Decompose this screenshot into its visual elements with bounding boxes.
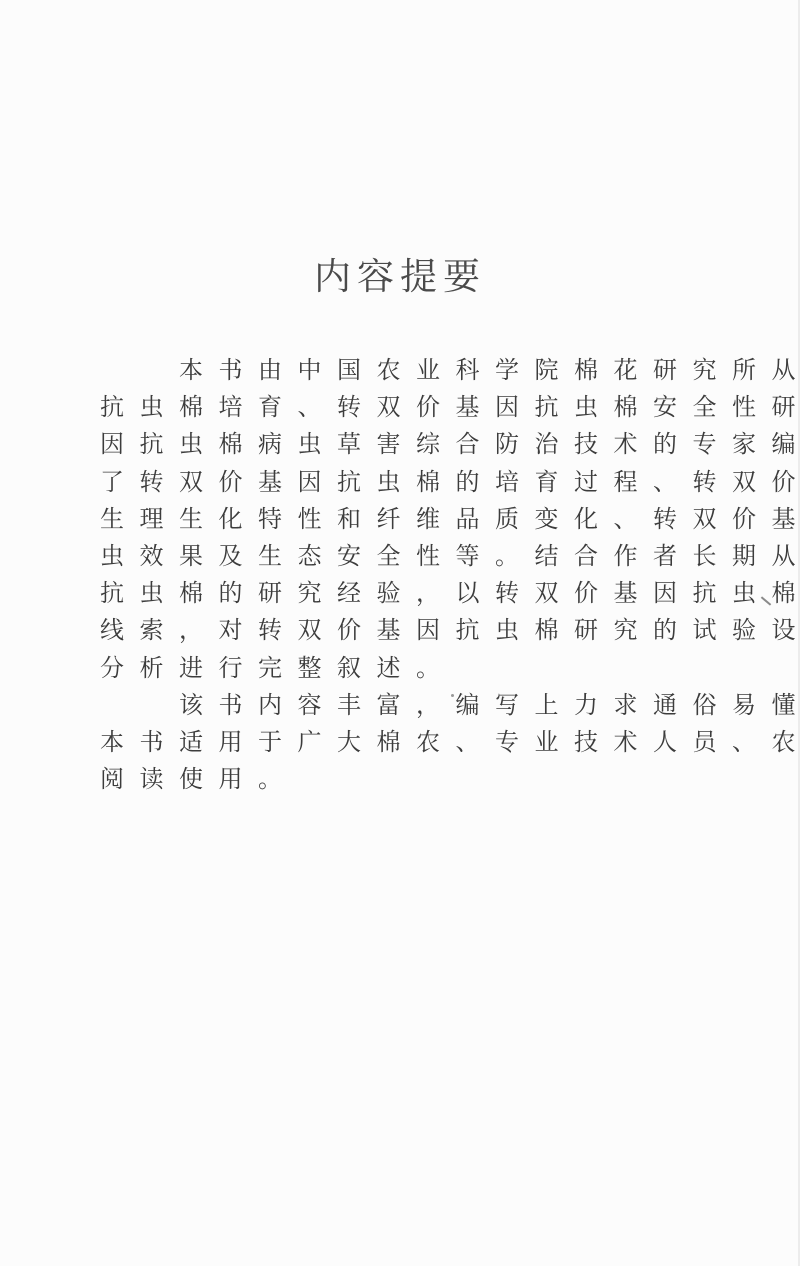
text-line: 抗虫棉的研究经验，以转双价基因抗虫棉的研究过程为	[100, 575, 774, 612]
text-line: 因抗虫棉病虫草害综合防治技术的专家编写，完整介绍	[100, 426, 774, 463]
text-line: 该书内容丰富，编写上力求通俗易懂，简单实用。	[100, 687, 774, 724]
summary-body: 本书由中国农业科学院棉花研究所从事转双价基因 抗虫棉培育、转双价基因抗虫棉安全性…	[100, 352, 774, 798]
text-line: 本书适用于广大棉农、专业技术人员、农技推广人员等	[100, 724, 774, 761]
text-line: 线索，对转双价基因抗虫棉研究的试验设计和试验结果	[100, 612, 774, 649]
text-line: 虫效果及生态安全性等。结合作者长期从事转双价基因	[100, 538, 774, 575]
text-line: 了转双价基因抗虫棉的培育过程、转双价基因抗虫棉的	[100, 464, 774, 501]
text-line: 分析进行完整叙述。	[100, 650, 774, 687]
scan-dot	[451, 694, 454, 697]
page-title: 内容提要	[0, 246, 800, 300]
paragraph-2: 该书内容丰富，编写上力求通俗易懂，简单实用。 本书适用于广大棉农、专业技术人员、…	[100, 687, 774, 799]
text-line: 阅读使用。	[100, 761, 774, 798]
text-line: 抗虫棉培育、转双价基因抗虫棉安全性研究和转双价基	[100, 389, 774, 426]
paragraph-1: 本书由中国农业科学院棉花研究所从事转双价基因 抗虫棉培育、转双价基因抗虫棉安全性…	[100, 352, 774, 687]
text-line: 本书由中国农业科学院棉花研究所从事转双价基因	[100, 352, 774, 389]
text-line: 生理生化特性和纤维品质变化、转双价基因抗虫棉的抗	[100, 501, 774, 538]
